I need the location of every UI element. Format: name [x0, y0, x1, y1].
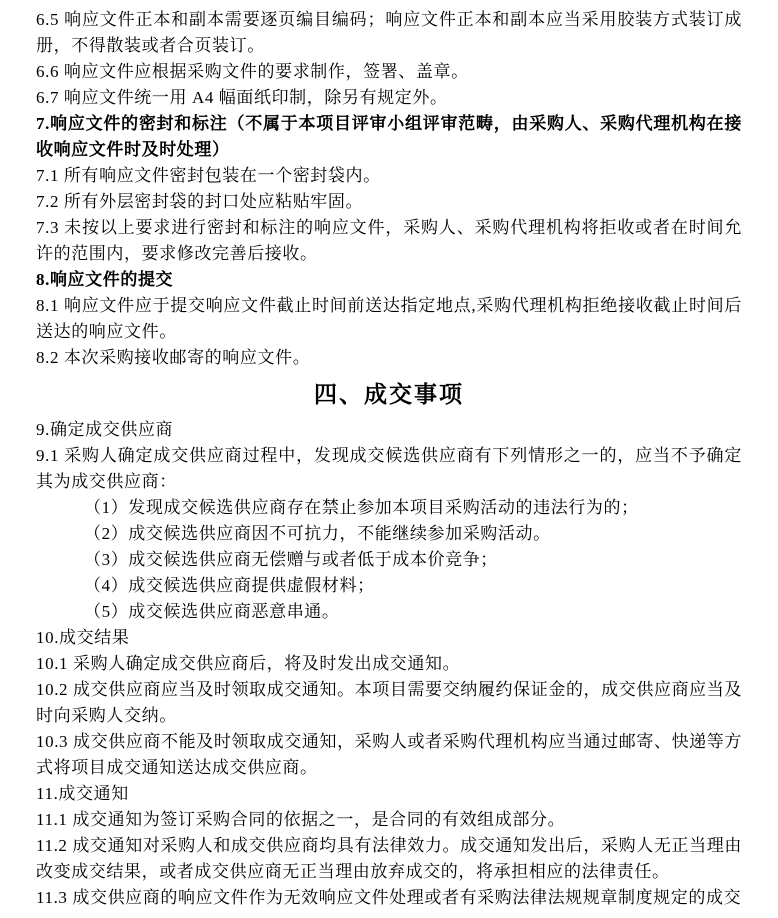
paragraph: 8.2 本次采购接收邮寄的响应文件。	[36, 345, 742, 371]
paragraph: 8.1 响应文件应于提交响应文件截止时间前送达指定地点,采购代理机构拒绝接收截止…	[36, 293, 742, 345]
paragraph: （3）成交候选供应商无偿赠与或者低于成本价竞争；	[36, 547, 742, 573]
paragraph: （5）成交候选供应商恶意串通。	[36, 599, 742, 625]
paragraph: 8.响应文件的提交	[36, 267, 742, 293]
paragraph: 11.3 成交供应商的响应文件作为无效响应文件处理或者有采购法律法规规章制度规定…	[36, 885, 742, 911]
paragraph: 11.1 成交通知为签订采购合同的依据之一，是合同的有效组成部分。	[36, 807, 742, 833]
section-title: 四、成交事项	[36, 378, 742, 412]
paragraph: 10.成交结果	[36, 625, 742, 651]
paragraph: 7.2 所有外层密封袋的封口处应粘贴牢固。	[36, 189, 742, 215]
paragraph: 10.3 成交供应商不能及时领取成交通知，采购人或者采购代理机构应当通过邮寄、快…	[36, 729, 742, 781]
paragraph: 11.成交通知	[36, 781, 742, 807]
paragraph: 7.响应文件的密封和标注（不属于本项目评审小组评审范畴，由采购人、采购代理机构在…	[36, 111, 742, 163]
paragraph: 7.3 未按以上要求进行密封和标注的响应文件，采购人、采购代理机构将拒收或者在时…	[36, 215, 742, 267]
paragraph: 10.2 成交供应商应当及时领取成交通知。本项目需要交纳履约保证金的，成交供应商…	[36, 677, 742, 729]
paragraph: 6.7 响应文件统一用 A4 幅面纸印制，除另有规定外。	[36, 85, 742, 111]
document-page: 6.5 响应文件正本和副本需要逐页编目编码；响应文件正本和副本应当采用胶装方式装…	[0, 0, 778, 918]
paragraph: （1）发现成交候选供应商存在禁止参加本项目采购活动的违法行为的；	[36, 495, 742, 521]
paragraph: 6.5 响应文件正本和副本需要逐页编目编码；响应文件正本和副本应当采用胶装方式装…	[36, 7, 742, 59]
paragraph: （2）成交候选供应商因不可抗力，不能继续参加采购活动。	[36, 521, 742, 547]
paragraph: 11.2 成交通知对采购人和成交供应商均具有法律效力。成交通知发出后，采购人无正…	[36, 833, 742, 885]
paragraph: （4）成交候选供应商提供虚假材料；	[36, 573, 742, 599]
paragraph: 10.1 采购人确定成交供应商后，将及时发出成交通知。	[36, 651, 742, 677]
document-body: 6.5 响应文件正本和副本需要逐页编目编码；响应文件正本和副本应当采用胶装方式装…	[36, 7, 742, 911]
paragraph: 9.1 采购人确定成交供应商过程中，发现成交候选供应商有下列情形之一的，应当不予…	[36, 443, 742, 495]
paragraph: 9.确定成交供应商	[36, 417, 742, 443]
paragraph: 6.6 响应文件应根据采购文件的要求制作，签署、盖章。	[36, 59, 742, 85]
paragraph: 7.1 所有响应文件密封包装在一个密封袋内。	[36, 163, 742, 189]
